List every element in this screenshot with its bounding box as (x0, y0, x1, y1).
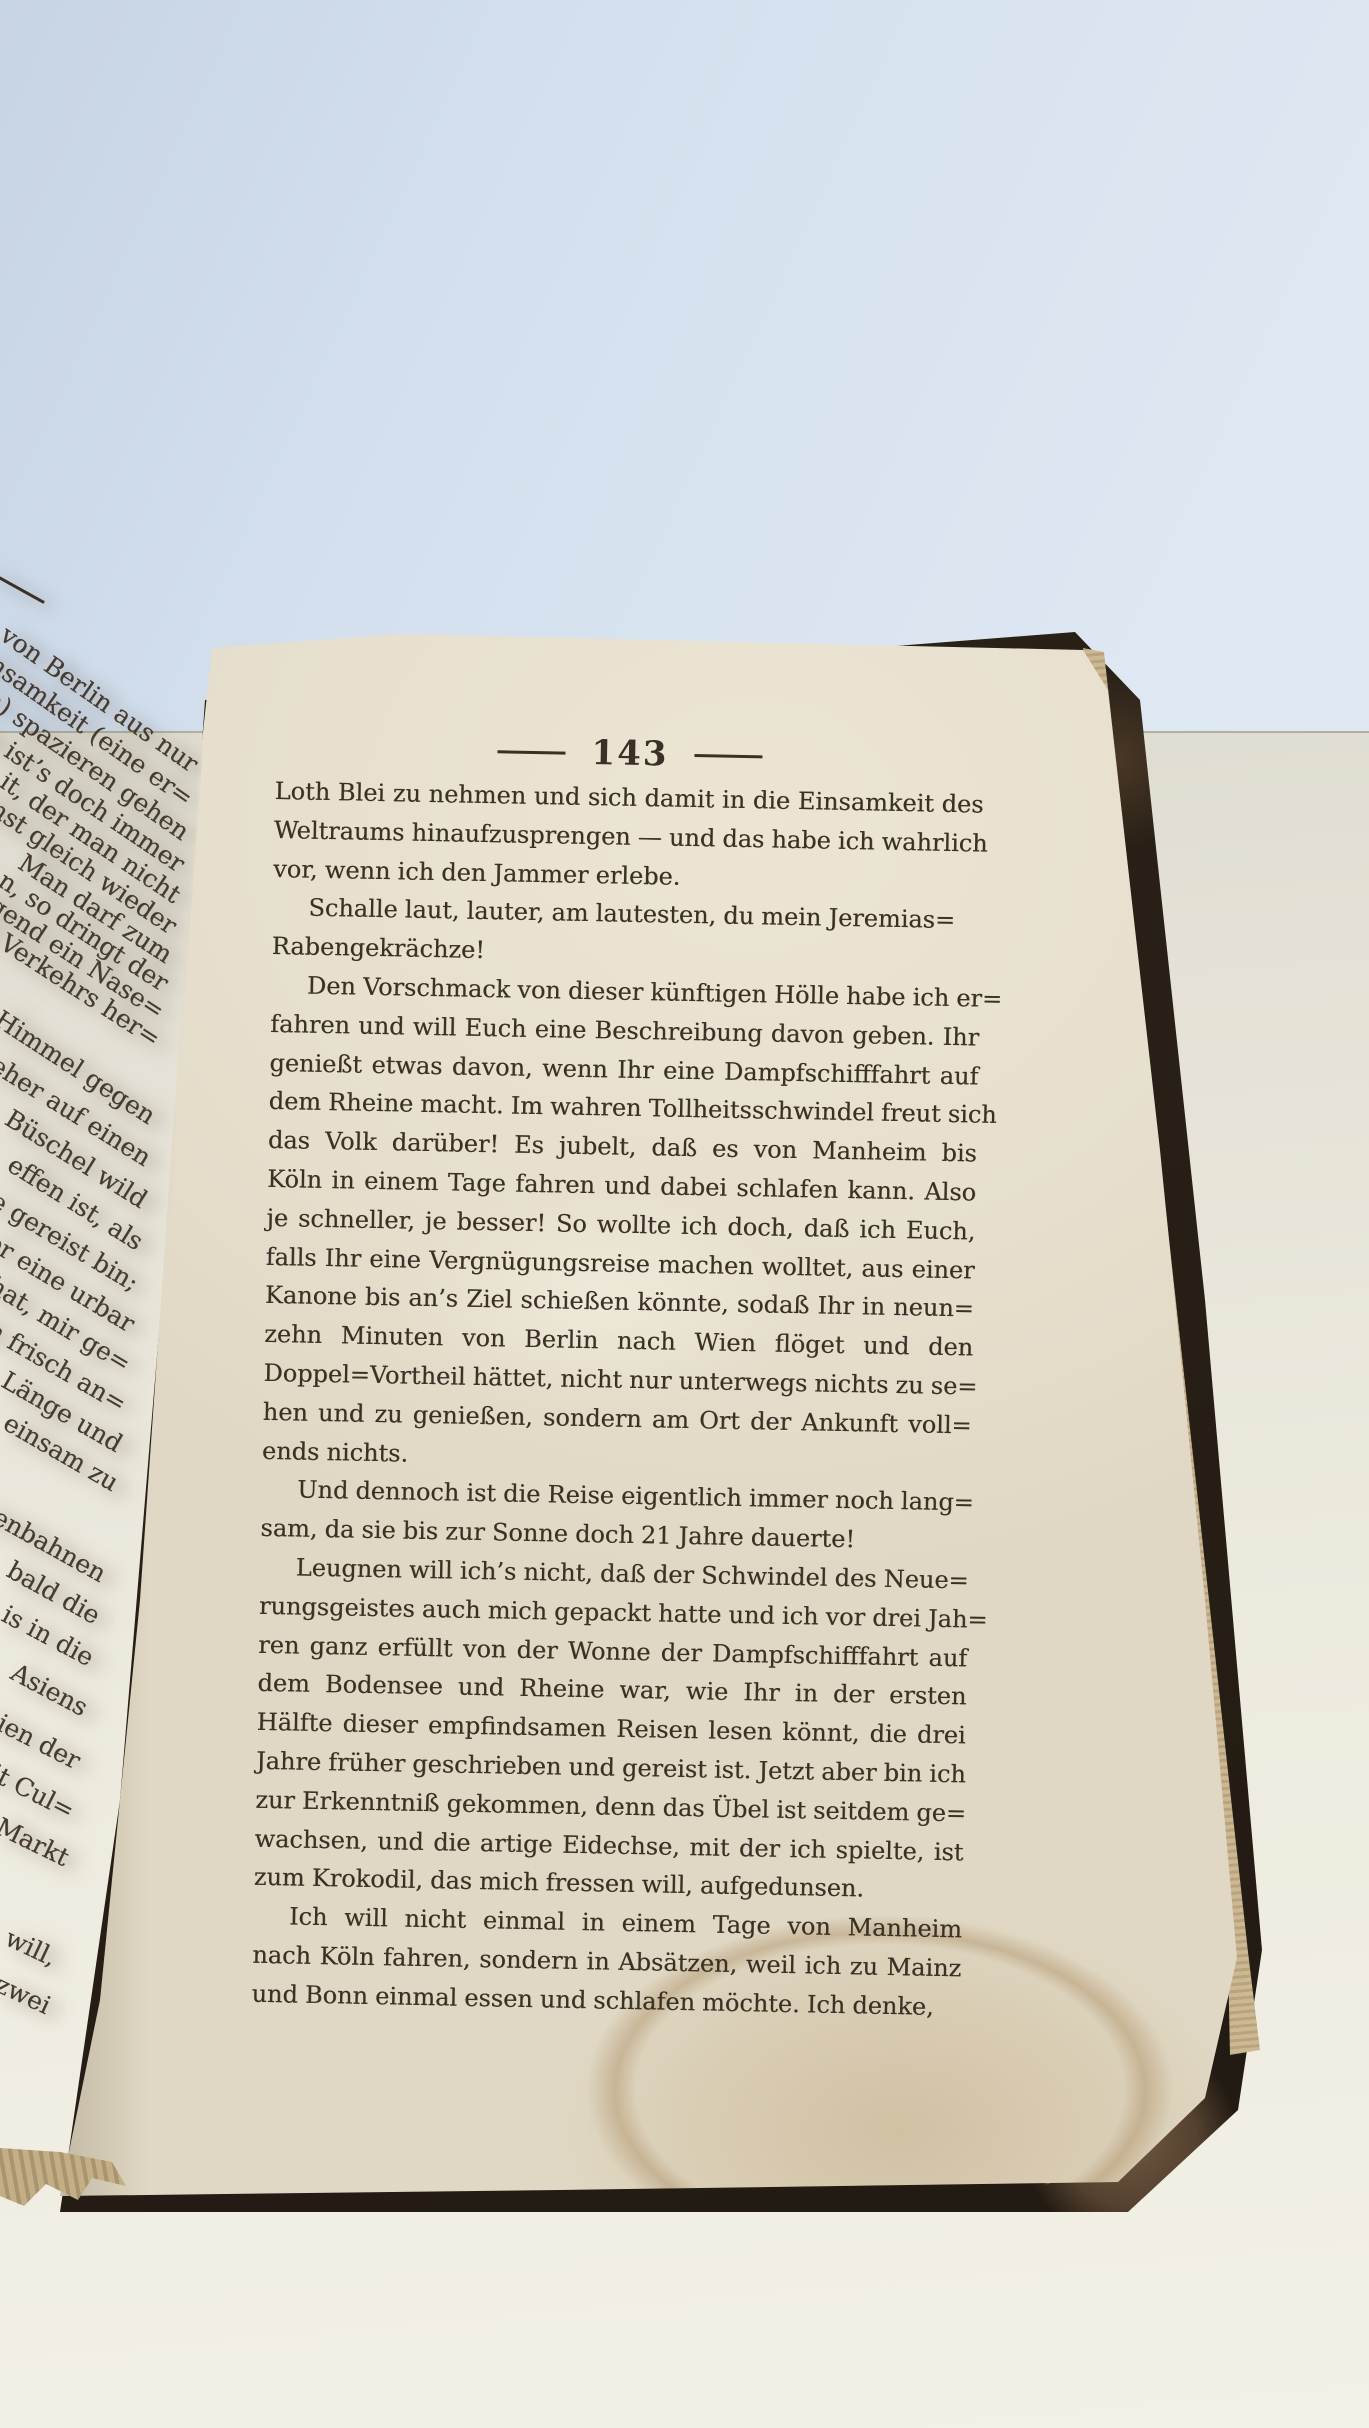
left-page-header-rule (0, 571, 45, 604)
left-page-fragment: will, (1, 1923, 62, 1972)
left-page-fragment: zwei (0, 1969, 55, 2020)
book-photo: 143 Loth Blei zu nehmen und sich damit i… (0, 0, 1369, 2428)
page-number: 143 (591, 733, 669, 774)
header-rule-left (497, 750, 565, 754)
page-text-block: 143 Loth Blei zu nehmen und sich damit i… (251, 724, 985, 2027)
header-rule-right (694, 754, 762, 758)
